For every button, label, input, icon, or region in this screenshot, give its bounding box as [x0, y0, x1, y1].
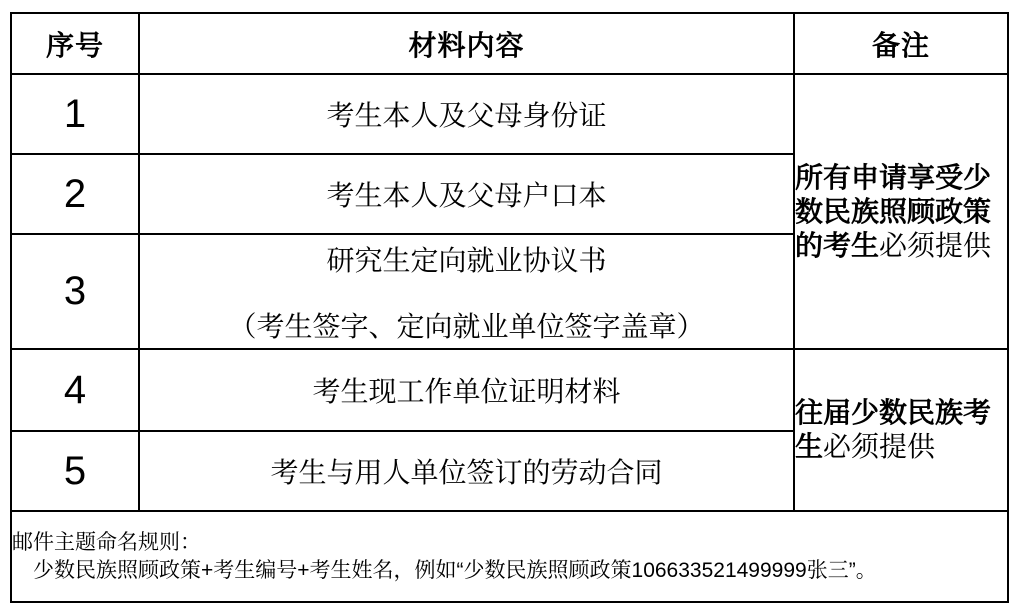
email-naming-rule-example: 少数民族照顾政策+考生编号+考生姓名，例如“少数民族照顾政策1066335214…	[12, 557, 1007, 585]
row4-number-cell: 4	[11, 349, 139, 431]
row5-content-cell: 考生与用人单位签订的劳动合同	[139, 431, 794, 511]
header-col-note: 备注	[794, 13, 1008, 74]
row3-content-cell: 研究生定向就业协议书 （考生签字、定向就业单位签字盖章）	[139, 234, 794, 349]
table-row: 4 考生现工作单位证明材料 往届少数民族考生必须提供	[11, 349, 1008, 431]
row1-number-cell: 1	[11, 74, 139, 154]
materials-table-sheet: 序号 材料内容 备注 1 考生本人及父母身份证 所有申请享受少数民族照顾政策的考…	[10, 12, 1007, 603]
table-header-row: 序号 材料内容 备注	[11, 13, 1008, 74]
row3-content-line2: （考生签字、定向就业单位签字盖章）	[140, 305, 793, 345]
table-row: 1 考生本人及父母身份证 所有申请享受少数民族照顾政策的考生必须提供	[11, 74, 1008, 154]
email-naming-rule-cell: 邮件主题命名规则： 少数民族照顾政策+考生编号+考生姓名，例如“少数民族照顾政策…	[11, 511, 1008, 602]
table-footer-row: 邮件主题命名规则： 少数民族照顾政策+考生编号+考生姓名，例如“少数民族照顾政策…	[11, 511, 1008, 602]
row2-number-cell: 2	[11, 154, 139, 234]
row4-content-cell: 考生现工作单位证明材料	[139, 349, 794, 431]
row2-content-cell: 考生本人及父母户口本	[139, 154, 794, 234]
row3-number-cell: 3	[11, 234, 139, 349]
email-naming-rule-title: 邮件主题命名规则：	[12, 529, 1007, 557]
header-col-content: 材料内容	[139, 13, 794, 74]
row1-content-cell: 考生本人及父母身份证	[139, 74, 794, 154]
note-cell-rows-1-3: 所有申请享受少数民族照顾政策的考生必须提供	[794, 74, 1008, 349]
note1-normal-text: 必须提供	[879, 230, 991, 261]
note2-normal-text: 必须提供	[823, 431, 935, 462]
header-col-no: 序号	[11, 13, 139, 74]
materials-requirement-table: 序号 材料内容 备注 1 考生本人及父母身份证 所有申请享受少数民族照顾政策的考…	[10, 12, 1009, 603]
note-cell-rows-4-5: 往届少数民族考生必须提供	[794, 349, 1008, 511]
row5-number-cell: 5	[11, 431, 139, 511]
row3-content-line1: 研究生定向就业协议书	[140, 239, 793, 279]
